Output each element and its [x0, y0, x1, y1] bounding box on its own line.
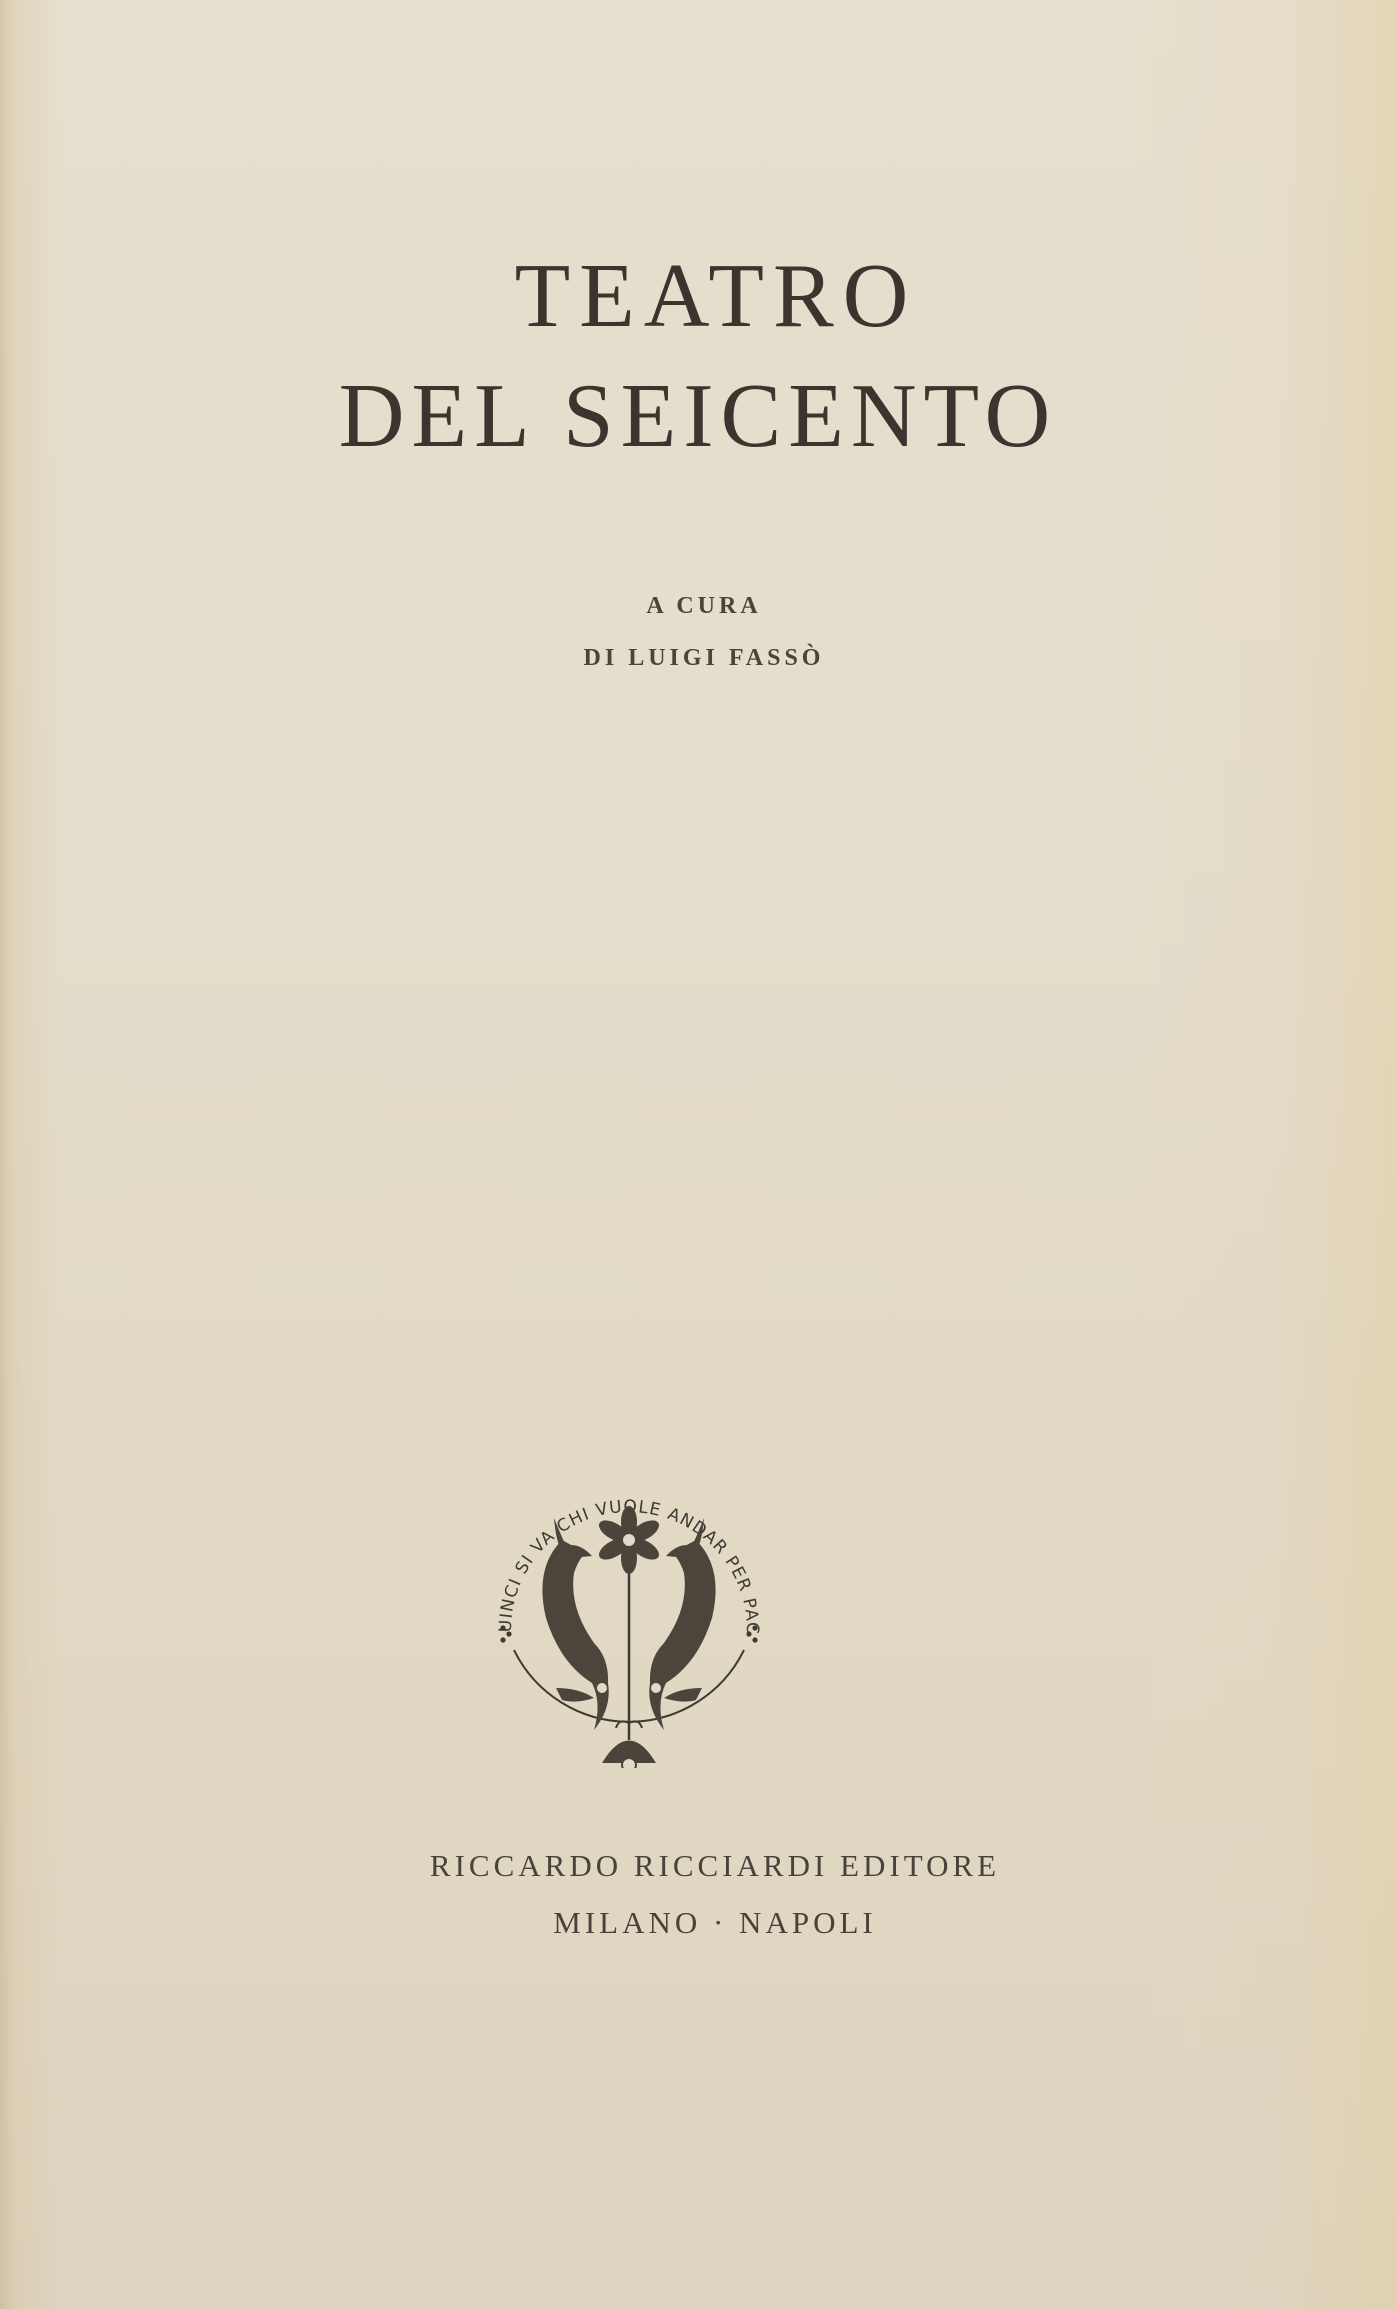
publisher-name: RICCARDO RICCIARDI EDITORE	[0, 1846, 1396, 1886]
publisher-cities: MILANO · NAPOLI	[0, 1903, 1396, 1943]
printer-mark-icon: QUINCI SI VA CHI VUOLE ANDAR PER PACE	[484, 1478, 774, 1768]
book-title-line-1: TEATRO	[0, 246, 1396, 346]
book-title-line-2: DEL SEICENTO	[0, 366, 1396, 466]
editor-label: A CURA	[0, 589, 1396, 623]
title-page: TEATRO DEL SEICENTO A CURA DI LUIGI FASS…	[0, 0, 1396, 2309]
dolphins-emblem-icon: QUINCI SI VA CHI VUOLE ANDAR PER PACE	[484, 1478, 774, 1768]
editor-name: DI LUIGI FASSÒ	[0, 641, 1396, 675]
